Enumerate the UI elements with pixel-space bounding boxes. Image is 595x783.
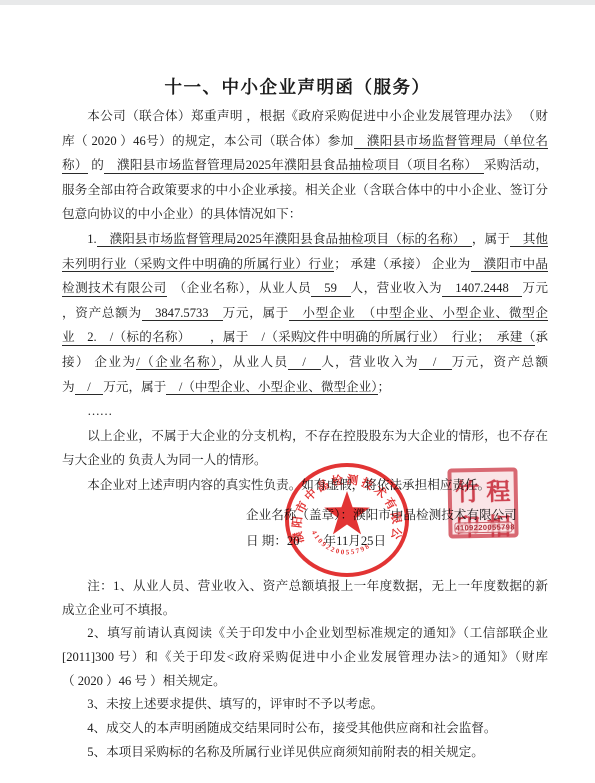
text-segment: 包意向协议的中小企业）的具体情况如下：: [62, 207, 301, 221]
text-line: 本企业对上述声明内容的真实性负责。如有虚假，将依法承担相应责任。: [62, 473, 548, 498]
text-line: 检测技术有限公司 （企业名称），从业人员 59 人，营业收入为 1407.244…: [62, 276, 548, 301]
text-line: 称） 的 濮阳县市场监督管理局2025年濮阳县食品抽检项目（项目名称） 采购活动…: [62, 153, 548, 178]
text-line: 2. /（标的名称） ，属于 /（采购文件中明确的所属行业） 行业； 承建（承: [62, 325, 548, 350]
text-segment: ，资产总额为: [62, 306, 142, 320]
text-line: 服务全部由符合政策要求的中小企业承接。相关企业（含联合体中的中小企业、签订分: [62, 178, 548, 203]
text-segment: 承建（承: [497, 330, 548, 344]
notes-section: 注：1、从业人员、营业收入、资产总额填报上一年度数据，无上一年度数据的新 成立企…: [62, 575, 548, 765]
text-segment: 接） 企业为: [62, 355, 136, 369]
filled-field: 3847.5733: [142, 306, 223, 322]
filled-field: 未列明行业（采购文件中明确的所属行业）行业: [62, 257, 334, 273]
note-line: 2、填写前请认真阅读《关于印发中小企业划型标准规定的通知》（工信部联企业: [62, 622, 548, 646]
ellipsis: ……: [87, 404, 112, 418]
text-segment: 万元，资产总额: [452, 355, 548, 369]
text-line: 1. 濮阳县市场监督管理局2025年濮阳县食品抽检项目（标的名称） ，属于 其他: [62, 227, 548, 252]
text-segment: 本公司（联合体）郑重声明 ，根据《政府采购促进中小企业发展管理办法》 （财: [87, 109, 548, 123]
text-line: 本公司（联合体）郑重声明 ，根据《政府采购促进中小企业发展管理办法》 （财: [62, 104, 548, 129]
text-segment: 1.: [87, 232, 96, 246]
note-line: （ 2020 ）46 号 ）相关规定。: [62, 670, 548, 694]
filled-field: 濮阳县市场监督管理局2025年濮阳县食品抽检项目（标的名称）: [97, 232, 472, 248]
text-segment: （ 2020 ）46 号 ）相关规定。: [62, 674, 226, 688]
text-segment: 为: [62, 380, 75, 394]
note-line: 注：1、从业人员、营业收入、资产总额填报上一年度数据，无上一年度数据的新: [62, 575, 548, 599]
text-segment: 人，营业收入为: [351, 281, 443, 295]
text-segment: 注：1、从业人员、营业收入、资产总额填报上一年度数据，无上一年度数据的新: [87, 579, 548, 593]
text-segment: 万元，属于: [223, 306, 289, 320]
blank-field: /（中型企业、小型企业、微型企业）: [166, 380, 377, 396]
blank-field: /（企业名称）: [136, 355, 218, 371]
blank-field: /: [288, 355, 321, 371]
text-line: 包意向协议的中小企业）的具体情况如下：: [62, 202, 548, 227]
blank-field: [484, 330, 497, 346]
text-segment: 行业；: [439, 330, 484, 344]
declaration-body: 本公司（联合体）郑重声明 ，根据《政府采购促进中小企业发展管理办法》 （财 库（…: [62, 104, 548, 498]
blank-field: /: [419, 355, 452, 371]
blank-field: /: [75, 380, 104, 396]
text-segment: ； 承建（承接） 企业为: [334, 257, 470, 271]
text-segment: （企业名称），从业人员: [167, 281, 311, 295]
text-segment: 2、填写前请认真阅读《关于印发中小企业划型标准规定的通知》（工信部联企业: [87, 626, 548, 640]
filled-field: 濮阳市中晶: [471, 257, 548, 273]
text-segment: 4、成交人的本声明函随成交结果同时公布，接受其他供应商和社会监督。: [87, 721, 496, 735]
filled-field: 称）: [62, 158, 88, 174]
text-segment: 服务全部由符合政策要求的中小企业承接。相关企业（含联合体中的中小企业、签订分: [62, 183, 548, 197]
text-line: 未列明行业（采购文件中明确的所属行业）行业； 承建（承接） 企业为 濮阳市中晶: [62, 252, 548, 277]
page-title: 十一、中小企业声明函（服务）: [0, 74, 595, 99]
filled-field: 濮阳县市场监督管理局（单位名: [354, 134, 548, 150]
note-line: 4、成交人的本声明函随成交结果同时公布，接受其他供应商和社会监督。: [62, 717, 548, 741]
date-suffix: 年11月25日: [324, 534, 387, 548]
text-line: 以上企业，不属于大企业的分支机构，不存在控股股东为大企业的情形，也不存在: [62, 424, 548, 449]
note-line: 5、本项目采购标的名称及所属行业详见供应商须知前附表的相关规定。: [62, 741, 548, 765]
signature-block: 企业名称（盖章）：濮阳市中晶检测技术有限公司 日 期：20年11月25日: [246, 502, 517, 554]
text-line: 与大企业的 负责人为同一人的情形。: [62, 448, 548, 473]
date-line: 日 期：20年11月25日: [246, 528, 517, 554]
company-name-text: 企业名称（盖章）：濮阳市中晶检测技术有限公司: [246, 508, 517, 522]
blank-field: /（标的名称）: [97, 330, 210, 346]
filled-field: 1407.2448: [442, 281, 522, 297]
text-segment: 人，营业收入为: [321, 355, 419, 369]
text-line: ……: [62, 399, 548, 424]
text-segment: 万元: [522, 281, 548, 295]
text-segment: 采购活动，: [484, 158, 548, 172]
text-segment: ，从业人员: [219, 355, 289, 369]
text-line: 为 / 万元，属于 /（中型企业、小型企业、微型企业）；: [62, 375, 548, 400]
text-line: 库（ 2020 ）46号）的规定，本公司（联合体）参加 濮阳县市场监督管理局（单…: [62, 129, 548, 154]
filled-field: 59: [311, 281, 350, 297]
text-segment: 2.: [87, 330, 96, 344]
text-segment: 万元，属于: [103, 380, 166, 394]
text-segment: ，属于: [210, 330, 249, 344]
text-segment: 5、本项目采购标的名称及所属行业详见供应商须知前附表的相关规定。: [87, 745, 484, 759]
note-line: [2011]300 号）和《关于印发<政府采购促进中小企业发展管理办法>的通知》…: [62, 646, 548, 670]
text-segment: 库（ 2020 ）46号）的规定，本公司（联合体）参加: [62, 134, 354, 148]
date-prefix: 日 期：20: [246, 534, 300, 548]
filled-field: 检测技术有限公司: [62, 281, 167, 297]
text-segment: ；: [378, 380, 391, 394]
text-segment: 3、未按上述要求提供、填写的，评审时不予以考虑。: [87, 697, 383, 711]
note-line: 成立企业可不填报。: [62, 599, 548, 623]
note-line: 3、未按上述要求提供、填写的，评审时不予以考虑。: [62, 693, 548, 717]
text-line: 接） 企业为/（企业名称），从业人员 / 人，营业收入为 / 万元，资产总额: [62, 350, 548, 375]
text-segment: [2011]300 号）和《关于印发<政府采购促进中小企业发展管理办法>的通知》…: [62, 650, 548, 664]
viewer-top-bar: [0, 0, 595, 5]
text-segment: ，属于: [472, 232, 510, 246]
text-segment: 与大企业的 负责人为同一人的情形。: [62, 453, 267, 467]
text-segment: 的: [88, 158, 104, 172]
filled-field: 濮阳县市场监督管理局2025年濮阳县食品抽检项目（项目名称）: [104, 158, 484, 174]
filled-field: 其他: [510, 232, 548, 248]
text-segment: 成立企业可不填报。: [62, 603, 175, 617]
blank-field: /（采购文件中明确的所属行业）: [249, 330, 439, 346]
company-name-line: 企业名称（盖章）：濮阳市中晶检测技术有限公司: [246, 502, 517, 528]
text-segment: 本企业对上述声明内容的真实性负责。如有虚假，将依法承担相应责任。: [87, 478, 490, 492]
document-page: 十一、中小企业声明函（服务） 本公司（联合体）郑重声明 ，根据《政府采购促进中小…: [0, 0, 595, 783]
text-line: ，资产总额为 3847.5733 万元，属于 小型企业 （中型企业、小型企业、微…: [62, 301, 548, 326]
text-segment: 以上企业，不属于大企业的分支机构，不存在控股股东为大企业的情形，也不存在: [87, 429, 548, 443]
